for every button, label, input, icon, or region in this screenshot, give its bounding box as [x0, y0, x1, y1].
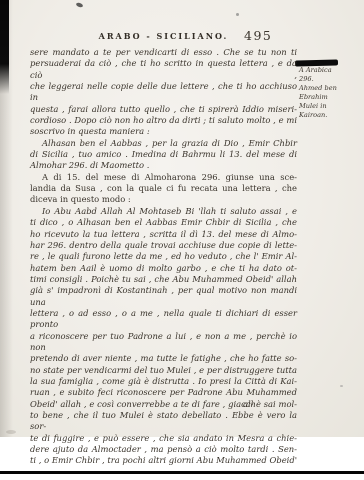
text-line: cordioso . Dopo ciò non ho altro da dirt…: [30, 115, 297, 126]
text-line: che leggerai nelle copie delle due lette…: [30, 81, 297, 104]
text-line: lettera , o ad esso , o a me , nella qua…: [30, 308, 297, 331]
margin-note-line: Mulei in: [299, 102, 357, 111]
text-line: questa , farai allora tutto quello , che…: [30, 104, 297, 115]
text-line: ti dico , o Alhasan ben el Aabbas Emir C…: [30, 217, 297, 228]
text-line: har 296. dentro della quale trovai acchi…: [30, 240, 297, 251]
text-line: te di fuggire , e può essere , che sia a…: [30, 433, 297, 444]
text-line: to bene , che il tuo Mulei è stato debel…: [30, 410, 297, 433]
scan-border-line: [0, 471, 364, 474]
margin-note: A Arabica296.Ahmed benEbrahimMulei inKai…: [299, 66, 357, 120]
text-line: re , le quali furono lette da me , ed ho…: [30, 251, 297, 262]
margin-note-line: Ebrahim: [299, 93, 357, 102]
text-line: timi consigli . Poichè tu sai , che Abu …: [30, 274, 297, 285]
ink-speck: [340, 385, 343, 387]
scan-edge-artifact: [0, 0, 9, 94]
text-line: la sua famiglia , come già è distrutta .…: [30, 376, 297, 387]
text-line: Alhasan ben el Aabbas , per la grazia di…: [30, 138, 297, 149]
text-line: A di 15. del mese di Almoharona 296. giu…: [30, 172, 297, 183]
text-line: di Sicilia , tuo amico . Imedina di Bahr…: [30, 149, 297, 160]
margin-note-line: Kairoan.: [299, 111, 357, 120]
text-line: diceva in questo modo :: [30, 194, 297, 205]
text-line: pretendo di aver niente , ma tutte le fa…: [30, 353, 297, 364]
text-line: no state per vendicarmi del tuo Mulei , …: [30, 365, 297, 376]
body-text: sere mandato a te per vendicarti di esso…: [30, 47, 297, 467]
text-line: ruan , e subito feci riconoscere per Pad…: [30, 387, 297, 398]
text-line: Obeid' allah , e così converrebbe a te d…: [30, 399, 297, 410]
text-line: soscrivo in questa maniera :: [30, 126, 297, 137]
ink-speck: [6, 430, 16, 434]
text-line: già s' impadronì di Kostantinah , per qu…: [30, 285, 297, 308]
text-line: persuaderai da ciò , che ti ho scritto i…: [30, 58, 297, 81]
catchword: al-: [243, 399, 254, 409]
margin-note-line: 296.: [299, 75, 357, 84]
text-line: Io Abu Aabd Allah Al Mohtaseb Bi 'llah t…: [30, 206, 297, 217]
margin-note-line: A Arabica: [299, 66, 357, 75]
text-line: dere ajuto da Almoctader , ma pensò a ci…: [30, 444, 297, 455]
text-line: hatem ben Aail è uomo di molto garbo , e…: [30, 263, 297, 274]
ink-speck: [236, 13, 239, 16]
text-line: sere mandato a te per vendicarti di esso…: [30, 47, 297, 58]
margin-note-line: Ahmed ben: [299, 84, 357, 93]
page-number: 495: [244, 28, 272, 43]
text-line: a riconoscere per tuo Padrone a lui , e …: [30, 331, 297, 354]
text-line: Almohar 296. di Maometto .: [30, 160, 297, 171]
text-line: ti , o Emir Chbir , tra pochi altri gior…: [30, 455, 297, 466]
text-line: landia da Susa , con la quale ci fu reca…: [30, 183, 297, 194]
scanned-book-page: ARABO - SICILIANO. 495 A Arabica296.Ahme…: [0, 0, 364, 480]
text-line: ho ricevuto la tua lettera , scritta il …: [30, 229, 297, 240]
